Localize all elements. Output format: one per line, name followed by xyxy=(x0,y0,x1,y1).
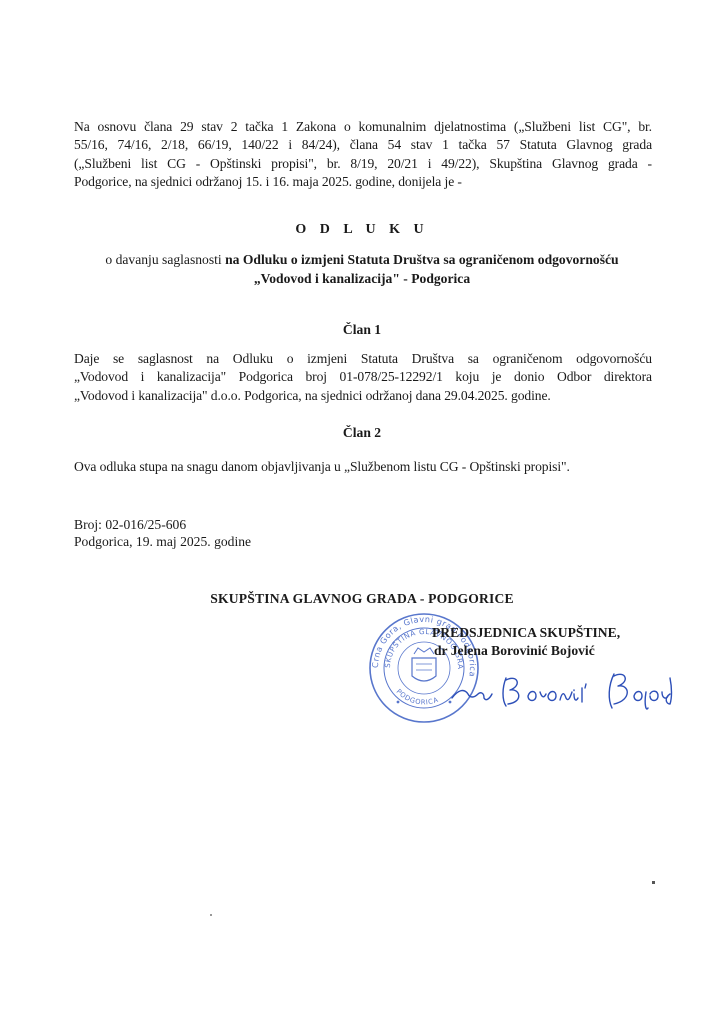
scan-artifact xyxy=(652,881,655,884)
reference-number: Broj: 02-016/25-606 xyxy=(74,516,251,533)
subtitle-bold: na Odluku o izmjeni Statuta Društva sa o… xyxy=(225,252,619,267)
signatory-role: PREDSJEDNICA SKUPŠTINE, xyxy=(432,624,620,642)
article-1-body: Daje se saglasnost na Odluku o izmjeni S… xyxy=(74,350,652,405)
preamble-line: 55/16, 74/16, 2/18, 66/19, 140/22 i 84/2… xyxy=(74,136,652,154)
handwritten-signature-icon xyxy=(448,668,688,714)
document-page: Na osnovu člana 29 stav 2 tačka 1 Zakona… xyxy=(0,0,724,1024)
subtitle-prefix: o davanju saglasnosti xyxy=(105,252,225,267)
article-line: Ova odluka stupa na snagu danom objavlji… xyxy=(74,458,652,476)
article-line: „Vodovod i kanalizacija" Podgorica broj … xyxy=(74,368,652,386)
document-subtitle: o davanju saglasnosti na Odluku o izmjen… xyxy=(0,250,724,288)
signature-block: PREDSJEDNICA SKUPŠTINE, dr Jelena Borovi… xyxy=(432,624,620,660)
svg-text:PODGORICA: PODGORICA xyxy=(395,688,440,707)
preamble-line: („Službeni list CG - Opštinski propisi",… xyxy=(74,155,652,173)
article-2-body: Ova odluka stupa na snagu danom objavlji… xyxy=(74,458,652,476)
article-line: Daje se saglasnost na Odluku o izmjeni S… xyxy=(74,350,652,368)
article-2-heading: Član 2 xyxy=(0,425,724,441)
signatory-name: dr Jelena Borovinić Bojović xyxy=(432,642,620,660)
subtitle-line2: „Vodovod i kanalizacija" - Podgorica xyxy=(254,271,470,286)
preamble-line: Podgorice, na sjednici održanoj 15. i 16… xyxy=(74,173,652,191)
preamble-line: Na osnovu člana 29 stav 2 tačka 1 Zakona… xyxy=(74,118,652,136)
issuer-name: SKUPŠTINA GLAVNOG GRADA - PODGORICE xyxy=(0,591,724,607)
article-line: „Vodovod i kanalizacija" d.o.o. Podgoric… xyxy=(74,387,652,405)
document-meta: Broj: 02-016/25-606 Podgorica, 19. maj 2… xyxy=(74,516,251,550)
document-title: O D L U K U xyxy=(0,222,724,238)
preamble-paragraph: Na osnovu člana 29 stav 2 tačka 1 Zakona… xyxy=(74,118,652,192)
scan-artifact xyxy=(210,914,212,916)
place-date: Podgorica, 19. maj 2025. godine xyxy=(74,533,251,550)
article-1-heading: Član 1 xyxy=(0,322,724,338)
